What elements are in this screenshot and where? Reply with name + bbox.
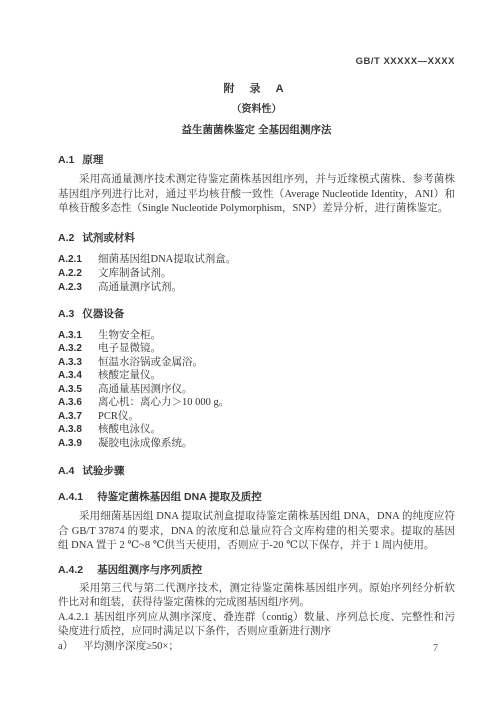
page-header: GB/T XXXXX—XXXX	[58, 56, 455, 68]
clause-number-a2: A.2	[58, 232, 74, 244]
clause-number-a3-3: A.3.3	[58, 356, 90, 370]
list-item-text: 离心机：离心力＞10 000 g。	[98, 397, 229, 408]
list-label-a: a）	[58, 641, 73, 652]
appendix-title: 益生菌菌株鉴定 全基因组测序法	[58, 123, 455, 137]
clause-number-a3-1: A.3.1	[58, 329, 90, 343]
paragraph-a4-2-1: A.4.2.1基因组序列应从测序深度、叠连群（contig）数量、序列总长度、完…	[58, 611, 455, 640]
condition-list-item-a: a）平均测序深度≥50×；	[58, 640, 455, 655]
clause-title-a2: 试剂或材料	[82, 232, 135, 244]
clause-number-a3-9: A.3.9	[58, 437, 90, 451]
list-item-text: 恒温水浴锅或金属浴。	[98, 357, 203, 368]
section-heading-a4: A.4试验步骤	[58, 464, 455, 478]
section-heading-a2: A.2试剂或材料	[58, 231, 455, 245]
clause-number-a3-6: A.3.6	[58, 396, 90, 410]
standard-number: GB/T XXXXX—XXXX	[356, 56, 455, 67]
clause-number-a3-2: A.3.2	[58, 342, 90, 356]
list-item: A.3.2电子显微镜。	[58, 342, 455, 356]
clause-text-a4-2-1: 基因组序列应从测序深度、叠连群（contig）数量、序列总长度、完整性和污染度进…	[58, 612, 455, 638]
list-item-text: 电子显微镜。	[98, 343, 161, 354]
list-item-text: 细菌基因组DNA提取试剂盒。	[98, 254, 236, 265]
reagents-list: A.2.1细菌基因组DNA提取试剂盒。 A.2.2文库制备试剂。 A.2.3高通…	[58, 253, 455, 295]
list-item-text: 核酸定量仪。	[98, 370, 161, 381]
section-heading-a4-1: A.4.1待鉴定菌株基因组 DNA 提取及质控	[58, 490, 455, 504]
clause-number-a4: A.4	[58, 465, 74, 477]
clause-title-a4-1: 待鉴定菌株基因组 DNA 提取及质控	[97, 491, 262, 503]
list-item: A.2.3高通量测序试剂。	[58, 281, 455, 295]
clause-number-a2-2: A.2.2	[58, 267, 90, 281]
list-item-text: PCR仪。	[98, 411, 139, 422]
list-item: A.3.7PCR仪。	[58, 410, 455, 424]
page-number: 7	[433, 643, 438, 654]
appendix-heading-block: 附 录 A （资料性） 益生菌菌株鉴定 全基因组测序法	[58, 82, 455, 137]
list-item: A.3.4核酸定量仪。	[58, 369, 455, 383]
clause-title-a4-2: 基因组测序与序列质控	[97, 564, 202, 576]
clause-number-a3-8: A.3.8	[58, 423, 90, 437]
list-item-text: 核酸电泳仪。	[98, 424, 161, 435]
list-item: A.3.5高通量基因测序仪。	[58, 383, 455, 397]
list-item-text: 凝胶电泳成像系统。	[98, 438, 193, 449]
clause-number-a4-2: A.4.2	[58, 564, 83, 576]
appendix-label: 附 录 A	[58, 82, 455, 96]
clause-number-a2-3: A.2.3	[58, 281, 90, 295]
clause-number-a1: A.1	[58, 154, 74, 166]
list-item-text: 高通量基因测序仪。	[98, 384, 193, 395]
clause-number-a3: A.3	[58, 308, 74, 320]
section-heading-a3: A.3仪器设备	[58, 307, 455, 321]
clause-number-a3-5: A.3.5	[58, 383, 90, 397]
list-item: A.3.3恒温水浴锅或金属浴。	[58, 356, 455, 370]
list-item: A.3.1生物安全柜。	[58, 329, 455, 343]
clause-title-a1: 原理	[82, 154, 103, 166]
equipment-list: A.3.1生物安全柜。 A.3.2电子显微镜。 A.3.3恒温水浴锅或金属浴。 …	[58, 329, 455, 451]
clause-title-a4: 试验步骤	[82, 465, 124, 477]
paragraph-a4-1: 采用细菌基因组 DNA 提取试剂盒提取待鉴定菌株基因组 DNA，DNA 的纯度应…	[58, 510, 455, 554]
document-page: GB/T XXXXX—XXXX 附 录 A （资料性） 益生菌菌株鉴定 全基因组…	[0, 0, 500, 707]
section-heading-a1: A.1原理	[58, 153, 455, 167]
appendix-informative-note: （资料性）	[58, 103, 455, 116]
clause-number-a3-4: A.3.4	[58, 369, 90, 383]
paragraph-a1: 采用高通量测序技术测定待鉴定菌株基因组序列，并与近缘模式菌株、参考菌株基因组序列…	[58, 173, 455, 217]
list-item: A.2.1细菌基因组DNA提取试剂盒。	[58, 253, 455, 267]
list-item: A.3.6离心机：离心力＞10 000 g。	[58, 396, 455, 410]
section-heading-a4-2: A.4.2基因组测序与序列质控	[58, 563, 455, 577]
list-item: A.3.9凝胶电泳成像系统。	[58, 437, 455, 451]
clause-number-a3-7: A.3.7	[58, 410, 90, 424]
list-item-text: 生物安全柜。	[98, 330, 161, 341]
clause-number-a4-2-1: A.4.2.1	[58, 612, 89, 623]
list-item-text: 高通量测序试剂。	[98, 282, 182, 293]
clause-title-a3: 仪器设备	[82, 308, 124, 320]
list-text-a: 平均测序深度≥50×；	[83, 641, 179, 652]
clause-number-a2-1: A.2.1	[58, 253, 90, 267]
clause-number-a4-1: A.4.1	[58, 491, 83, 503]
list-item-text: 文库制备试剂。	[98, 268, 172, 279]
paragraph-a4-2: 采用第三代与第二代测序技术，测定待鉴定菌株基因组序列。原始序列经分析软件比对和组…	[58, 582, 455, 611]
list-item: A.2.2文库制备试剂。	[58, 267, 455, 281]
list-item: A.3.8核酸电泳仪。	[58, 423, 455, 437]
